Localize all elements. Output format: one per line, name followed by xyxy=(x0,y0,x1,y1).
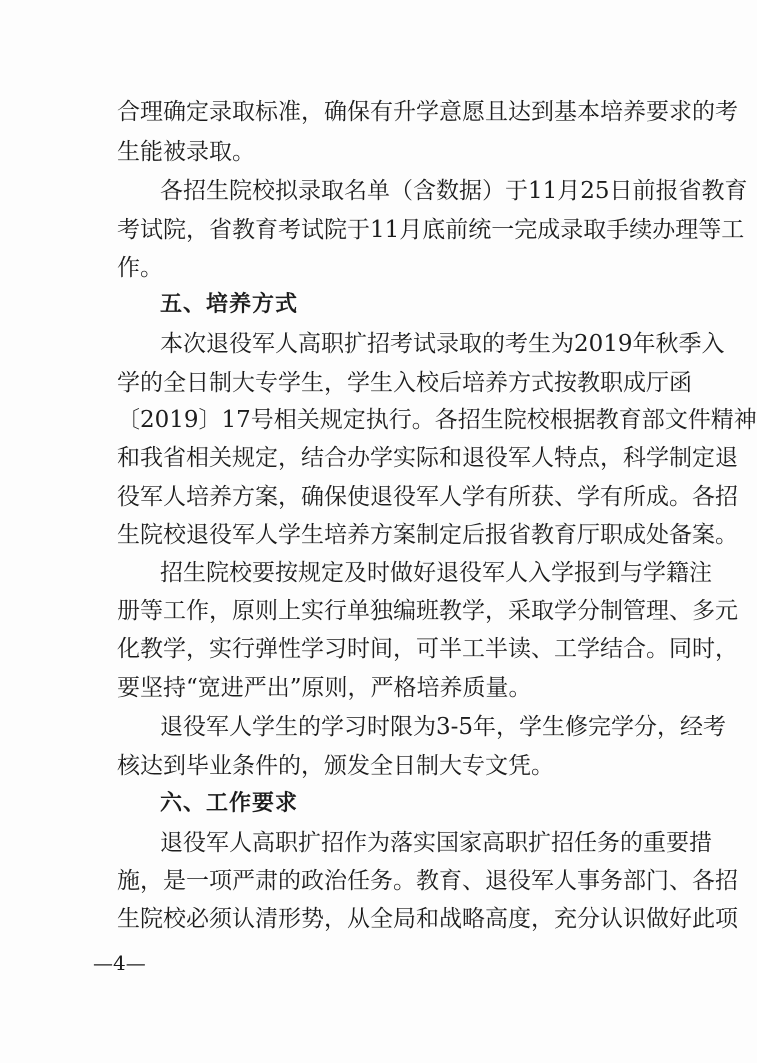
text-line: 退役军人学生的学习时限为3-5年，学生修完学分，经考 xyxy=(160,712,658,742)
text-line: 役军人培养方案，确保使退役军人学有所获、学有所成。各招 xyxy=(117,482,658,512)
text-line: 退役军人高职扩招作为落实国家高职扩招任务的重要措 xyxy=(160,828,658,858)
text-line: 招生院校要按规定及时做好退役军人入学报到与学籍注 xyxy=(160,558,658,588)
text-line: 要坚持“宽进严出”原则，严格培养质量。 xyxy=(117,673,658,703)
text-line: 各招生院校拟录取名单（含数据）于11月25日前报省教育 xyxy=(160,176,658,206)
text-line: 本次退役军人高职扩招考试录取的考生为2019年秋季入 xyxy=(160,329,658,359)
page-number: —4— xyxy=(93,950,146,976)
text-line: 化教学，实行弹性学习时间，可半工半读、工学结合。同时， xyxy=(117,634,658,664)
document-page: 合理确定录取标准，确保有升学意愿且达到基本培养要求的考生能被录取。各招生院校拟录… xyxy=(0,0,757,1063)
section-heading: 六、工作要求 xyxy=(160,789,298,819)
text-line: 生院校必须认清形势，从全局和战略高度，充分认识做好此项 xyxy=(117,904,658,934)
text-line: 和我省相关规定，结合办学实际和退役军人特点，科学制定退 xyxy=(117,443,658,473)
text-line: 册等工作，原则上实行单独编班教学，采取学分制管理、多元 xyxy=(117,596,658,626)
text-line: 施，是一项严肃的政治任务。教育、退役军人事务部门、各招 xyxy=(117,866,658,896)
text-line: 合理确定录取标准，确保有升学意愿且达到基本培养要求的考 xyxy=(117,97,658,127)
section-heading: 五、培养方式 xyxy=(160,290,298,320)
text-line: 考试院，省教育考试院于11月底前统一完成录取手续办理等工 xyxy=(117,215,658,245)
text-line: 〔2019〕17号相关规定执行。各招生院校根据教育部文件精神 xyxy=(117,405,658,435)
text-line: 生能被录取。 xyxy=(117,137,658,167)
text-line: 学的全日制大专学生，学生入校后培养方式按教职成厅函 xyxy=(117,368,658,398)
text-line: 生院校退役军人学生培养方案制定后报省教育厅职成处备案。 xyxy=(117,520,658,550)
text-line: 核达到毕业条件的，颁发全日制大专文凭。 xyxy=(117,751,658,781)
text-line: 作。 xyxy=(117,253,658,283)
